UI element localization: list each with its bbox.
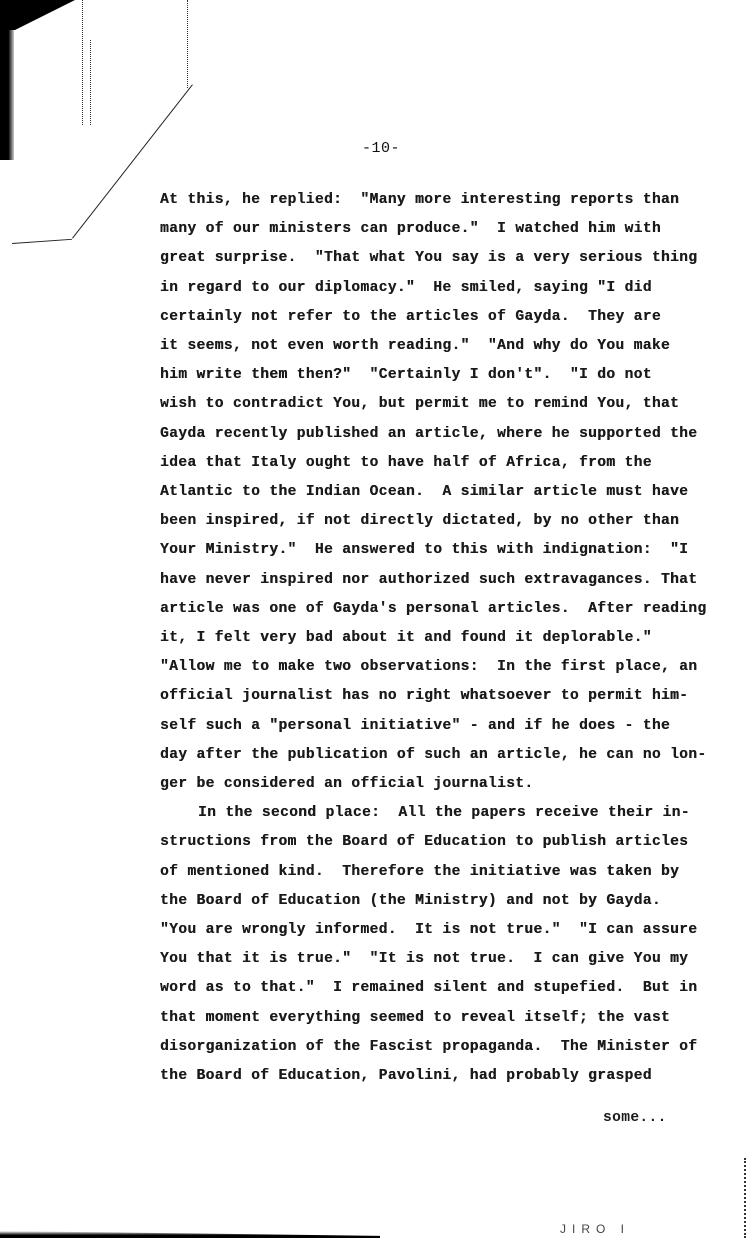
text-line: ger be considered an official journalist… bbox=[160, 770, 700, 799]
text-line: idea that Italy ought to have half of Af… bbox=[160, 449, 700, 478]
text-line: Your Ministry." He answered to this with… bbox=[160, 536, 700, 565]
text-line: many of our ministers can produce." I wa… bbox=[160, 215, 700, 244]
text-line: day after the publication of such an art… bbox=[160, 741, 700, 770]
scan-fold-line bbox=[187, 0, 189, 88]
document-page: JIRO I -10- At this, he replied: "Many m… bbox=[0, 0, 750, 1238]
paragraph-1: At this, he replied: "Many more interest… bbox=[160, 186, 700, 799]
text-line: In the second place: All the papers rece… bbox=[160, 799, 700, 828]
text-line: been inspired, if not directly dictated,… bbox=[160, 507, 700, 536]
text-line: You that it is true." "It is not true. I… bbox=[160, 945, 700, 974]
text-line: self such a "personal initiative" - and … bbox=[160, 712, 700, 741]
scan-fold-line bbox=[90, 40, 92, 125]
text-line: "Allow me to make two observations: In t… bbox=[160, 653, 700, 682]
text-line: of mentioned kind. Therefore the initiat… bbox=[160, 858, 700, 887]
scan-diagonal-line bbox=[12, 239, 72, 244]
text-line: the Board of Education (the Ministry) an… bbox=[160, 887, 700, 916]
scan-fold-line bbox=[82, 0, 84, 125]
continuation-catchword: some... bbox=[603, 1110, 667, 1126]
text-line: in regard to our diplomacy." He smiled, … bbox=[160, 274, 700, 303]
text-line: At this, he replied: "Many more interest… bbox=[160, 186, 700, 215]
text-line: the Board of Education, Pavolini, had pr… bbox=[160, 1062, 700, 1091]
page-number: -10- bbox=[362, 140, 400, 157]
text-line: that moment everything seemed to reveal … bbox=[160, 1004, 700, 1033]
text-line: certainly not refer to the articles of G… bbox=[160, 303, 700, 332]
scan-corner-shadow bbox=[0, 0, 75, 30]
text-line: disorganization of the Fascist propagand… bbox=[160, 1033, 700, 1062]
text-line: word as to that." I remained silent and … bbox=[160, 974, 700, 1003]
text-line: Gayda recently published an article, whe… bbox=[160, 420, 700, 449]
text-line: article was one of Gayda's personal arti… bbox=[160, 595, 700, 624]
text-line: wish to contradict You, but permit me to… bbox=[160, 390, 700, 419]
scan-bottom-edge bbox=[0, 1231, 380, 1238]
text-line: him write them then?" "Certainly I don't… bbox=[160, 361, 700, 390]
text-line: great surprise. "That what You say is a … bbox=[160, 244, 700, 273]
text-line: official journalist has no right whatsoe… bbox=[160, 682, 700, 711]
body-text: At this, he replied: "Many more interest… bbox=[160, 186, 700, 1091]
paragraph-2: In the second place: All the papers rece… bbox=[160, 799, 700, 1091]
text-line: it seems, not even worth reading." "And … bbox=[160, 332, 700, 361]
text-line: "You are wrongly informed. It is not tru… bbox=[160, 916, 700, 945]
scan-right-edge bbox=[744, 1158, 750, 1238]
text-line: it, I felt very bad about it and found i… bbox=[160, 624, 700, 653]
bottom-marks: JIRO I bbox=[560, 1222, 630, 1236]
text-line: structions from the Board of Education t… bbox=[160, 828, 700, 857]
text-line: Atlantic to the Indian Ocean. A similar … bbox=[160, 478, 700, 507]
text-line: have never inspired nor authorized such … bbox=[160, 566, 700, 595]
